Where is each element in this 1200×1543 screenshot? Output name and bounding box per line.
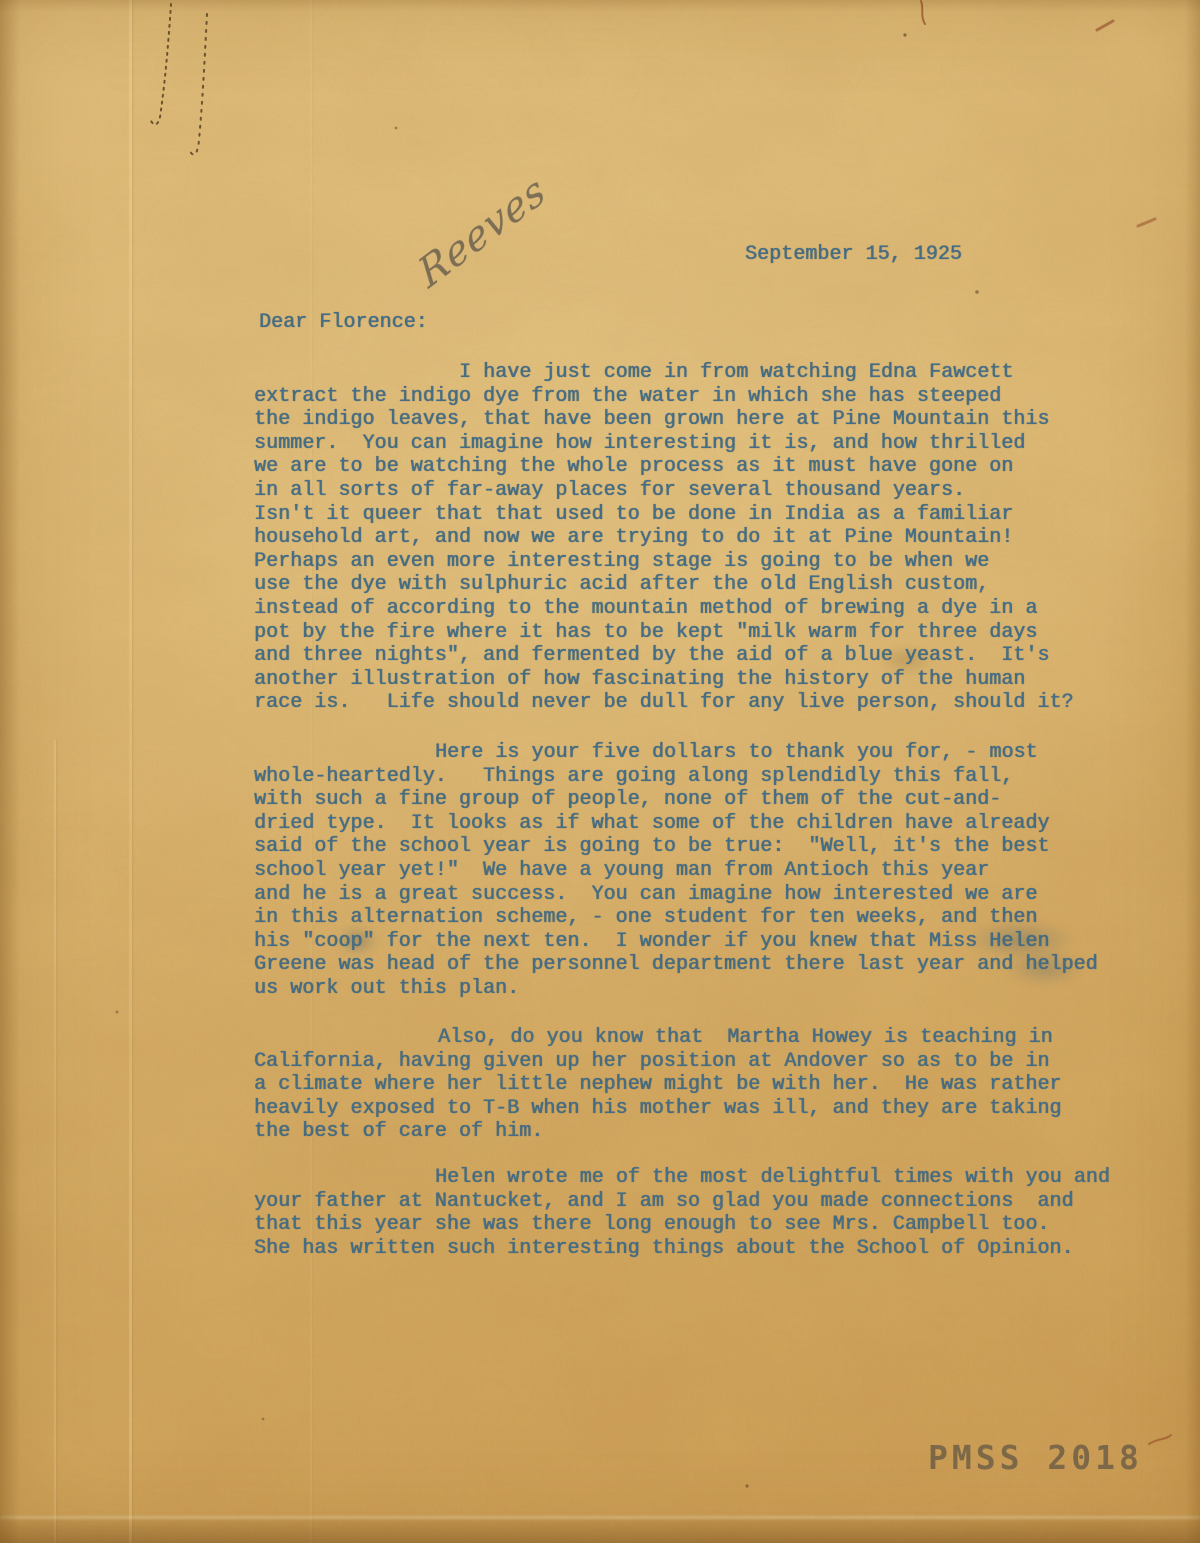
- vertical-fold-line: [129, 0, 132, 1543]
- handwritten-annotation: Reeves: [412, 166, 553, 298]
- date-line: September 15, 1925: [745, 243, 962, 267]
- vertical-fold-line: [54, 740, 56, 1543]
- letter-paragraph: Helen wrote me of the most delightful ti…: [254, 1166, 1154, 1260]
- letter-paragraph: Also, do you know that Martha Howey is t…: [254, 1026, 1154, 1144]
- letter-page: September 15, 1925 Reeves Dear Florence:…: [0, 0, 1200, 1543]
- salutation: Dear Florence:: [259, 311, 428, 335]
- letter-paragraph: Here is your five dollars to thank you f…: [254, 741, 1154, 1001]
- archive-stamp: PMSS 2018: [928, 1438, 1143, 1477]
- letter-paragraph: I have just come in from watching Edna F…: [254, 361, 1154, 715]
- bottom-crease-line: [0, 1516, 1200, 1519]
- staple-rust-marks: [151, 4, 207, 155]
